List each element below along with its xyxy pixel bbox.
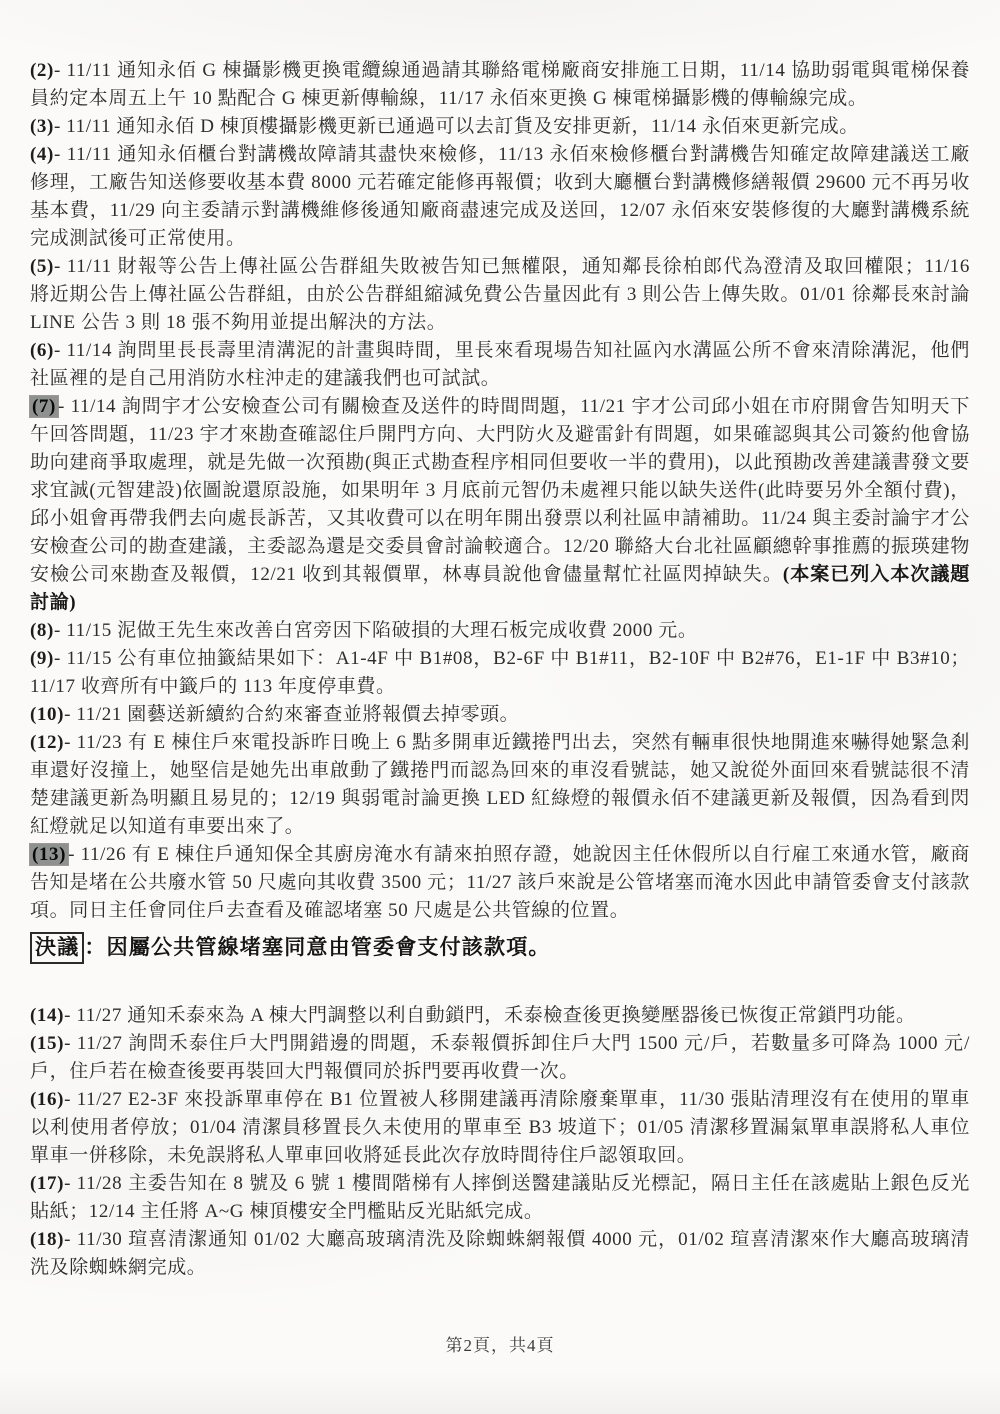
item-number: (5) (30, 256, 54, 277)
resolution-label: 決議 (30, 932, 84, 964)
item-text: - 11/26 有 E 棟住戶通知保全其廚房淹水有請來拍照存證，她說因主任休假所… (30, 844, 970, 921)
minute-item-13: (13)- 11/26 有 E 棟住戶通知保全其廚房淹水有請來拍照存證，她說因主… (30, 841, 970, 925)
item-text: - 11/27 通知禾泰來為 A 棟大門調整以利自動鎖門，禾泰檢查後更換變壓器後… (64, 1005, 916, 1026)
item-number: (9) (30, 648, 54, 669)
item-text: - 11/11 通知永佰 D 棟頂樓攝影機更新已通過可以去訂貨及安排更新，11/… (54, 116, 859, 137)
item-number: (4) (30, 144, 54, 165)
item-number: (2) (30, 60, 54, 81)
item-number: (12) (30, 732, 64, 753)
item-number-highlighted: (7) (30, 396, 58, 417)
item-text: - 11/11 通知永佰 G 棟攝影機更換電纜線通過請其聯絡電梯廠商安排施工日期… (30, 60, 970, 109)
minute-item-18: (18)- 11/30 瑄喜清潔通知 01/02 大廳高玻璃清洗及除蜘蛛網報價 … (30, 1226, 970, 1282)
item-text: - 11/23 有 E 棟住戶來電投訴昨日晚上 6 點多開車近鐵捲門出去，突然有… (30, 732, 970, 837)
item-text: - 11/14 詢問里長長壽里清溝泥的計畫與時間，里長來看現場告知社區內水溝區公… (30, 340, 970, 389)
item-number: (15) (30, 1033, 64, 1054)
item-text: - 11/21 園藝送新續約合約來審查並將報價去掉零頭。 (64, 704, 519, 725)
item-text: - 11/30 瑄喜清潔通知 01/02 大廳高玻璃清洗及除蜘蛛網報價 4000… (30, 1229, 970, 1278)
item-number: (16) (30, 1089, 64, 1110)
item-text: - 11/27 E2-3F 來投訴單車停在 B1 位置被人移開建議再清除廢棄單車… (30, 1089, 970, 1166)
item-number: (14) (30, 1005, 64, 1026)
minute-item-10: (10)- 11/21 園藝送新續約合約來審查並將報價去掉零頭。 (30, 701, 970, 729)
minute-item-7: (7)- 11/14 詢問宇才公安檢查公司有關檢查及送件的時間問題，11/21 … (30, 393, 970, 617)
item-number: (6) (30, 340, 54, 361)
minute-item-6: (6)- 11/14 詢問里長長壽里清溝泥的計畫與時間，里長來看現場告知社區內水… (30, 337, 970, 393)
minute-item-8: (8)- 11/15 泥做王先生來改善白宮旁因下陷破損的大理石板完成收費 200… (30, 617, 970, 645)
item-text: - 11/27 詢問禾泰住戶大門開錯邊的問題，禾泰報價拆卸住戶大門 1500 元… (30, 1033, 970, 1082)
minute-item-5: (5)- 11/11 財報等公告上傳社區公告群組失敗被告知已無權限，通知鄰長徐柏… (30, 253, 970, 337)
minute-item-12: (12)- 11/23 有 E 棟住戶來電投訴昨日晚上 6 點多開車近鐵捲門出去… (30, 729, 970, 841)
minute-item-9: (9)- 11/15 公有車位抽籤結果如下：A1-4F 中 B1#08，B2-6… (30, 645, 970, 701)
item-number: (17) (30, 1173, 64, 1194)
minute-item-16: (16)- 11/27 E2-3F 來投訴單車停在 B1 位置被人移開建議再清除… (30, 1086, 970, 1170)
document-page: (2)- 11/11 通知永佰 G 棟攝影機更換電纜線通過請其聯絡電梯廠商安排施… (0, 0, 1000, 1282)
item-text: - 11/15 公有車位抽籤結果如下：A1-4F 中 B1#08，B2-6F 中… (30, 648, 970, 697)
item-number: (3) (30, 116, 54, 137)
minute-item-2: (2)- 11/11 通知永佰 G 棟攝影機更換電纜線通過請其聯絡電梯廠商安排施… (30, 57, 970, 113)
item-number: (18) (30, 1229, 64, 1250)
item-text: - 11/14 詢問宇才公安檢查公司有關檢查及送件的時間問題，11/21 宇才公… (30, 396, 970, 585)
item-text: - 11/11 財報等公告上傳社區公告群組失敗被告知已無權限，通知鄰長徐柏郎代為… (30, 256, 970, 333)
page-footer: 第2頁，共4頁 (0, 1331, 1000, 1356)
minute-item-4: (4)- 11/11 通知永佰櫃台對講機故障請其盡快來檢修，11/13 永佰來檢… (30, 141, 970, 253)
item-text: - 11/15 泥做王先生來改善白宮旁因下陷破損的大理石板完成收費 2000 元… (54, 620, 698, 641)
item-number-highlighted: (13) (30, 844, 68, 865)
item-text: - 11/28 主委告知在 8 號及 6 號 1 樓間階梯有人摔倒送醫建議貼反光… (30, 1173, 970, 1222)
resolution-line: 決議：因屬公共管線堵塞同意由管委會支付該款項。 (30, 930, 970, 964)
item-number: (10) (30, 704, 64, 725)
minute-item-3: (3)- 11/11 通知永佰 D 棟頂樓攝影機更新已通過可以去訂貨及安排更新，… (30, 113, 970, 141)
resolution-text: ：因屬公共管線堵塞同意由管委會支付該款項。 (84, 935, 550, 959)
item-text: - 11/11 通知永佰櫃台對講機故障請其盡快來檢修，11/13 永佰來檢修櫃台… (30, 144, 970, 249)
minute-item-17: (17)- 11/28 主委告知在 8 號及 6 號 1 樓間階梯有人摔倒送醫建… (30, 1170, 970, 1226)
minute-item-14: (14)- 11/27 通知禾泰來為 A 棟大門調整以利自動鎖門，禾泰檢查後更換… (30, 1002, 970, 1030)
item-number: (8) (30, 620, 54, 641)
minute-item-15: (15)- 11/27 詢問禾泰住戶大門開錯邊的問題，禾泰報價拆卸住戶大門 15… (30, 1030, 970, 1086)
